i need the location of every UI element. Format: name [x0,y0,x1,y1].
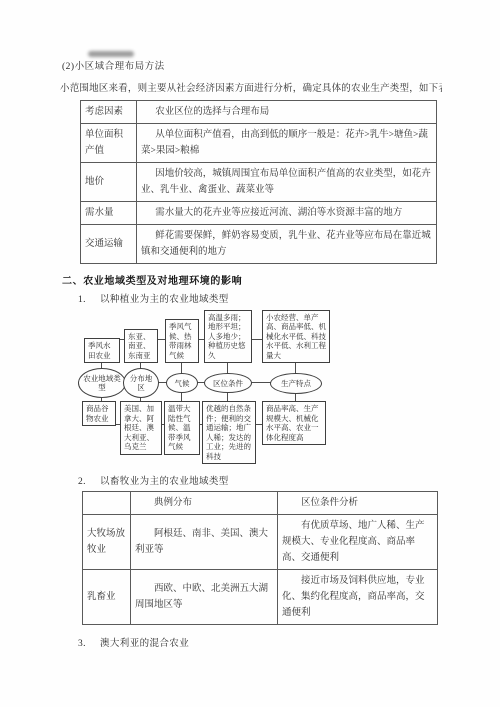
row-distribution-cell: 西欧、中欧、北美洲五大湖周围地区等 [131,570,278,625]
header-cell [83,492,131,515]
row-label-cell: 乳畜业 [83,570,131,625]
factor-table: 考虑因素 农业区位的选择与合理布局 单位面积产值 从单位面积产值看，由高到低的顺… [80,100,437,264]
row-label-cell: 需水量 [81,202,137,225]
table-row: 大牧场放牧业 阿根廷、南非、美国、澳大利亚等 有优质草场、地广人稀、生产规模大、… [83,515,438,570]
row-label-cell: 单位面积产值 [81,124,137,163]
item-label: 以畜牧业为主的农业地域类型 [100,477,229,487]
row-distribution-cell: 阿根廷、南非、美国、澳大利亚等 [131,515,278,570]
row-content-cell: 农业区位的选择与合理布局 [137,101,437,124]
header-cell: 典例分布 [131,492,278,515]
row-content-cell: 从单位面积产值看，由高到低的顺序一般是：花卉>乳牛>塘鱼>蔬菜>果园>粮棉 [137,124,437,163]
livestock-table: 典例分布 区位条件分析 大牧场放牧业 阿根廷、南非、美国、澳大利亚等 有优质草场… [82,491,438,625]
item-number: 3. [78,639,100,649]
document-page: (2)小区域合理布局方法 小范围地区来看，则主要从社会经济因素方面进行分析，确定… [0,0,500,707]
planting-types-diagram: 季风水田农业 东亚、南亚、东南亚 季风气候、热带雨林气候 高温多雨；地形平坦；人… [60,305,442,469]
row-label-cell: 考虑因素 [81,101,137,124]
row-content-cell: 因地价较高，城镇周围宜布局单位面积产值高的农业类型，如花卉业、乳牛业、禽蛋业、蔬… [137,163,437,202]
header-cell: 区位条件分析 [278,492,438,515]
table-row: 单位面积产值 从单位面积产值看，由高到低的顺序一般是：花卉>乳牛>塘鱼>蔬菜>果… [81,124,437,163]
diagram-top-box: 季风水田农业 [84,338,120,363]
table-row: 考虑因素 农业区位的选择与合理布局 [81,101,437,124]
diagram-bottom-box: 温带大陆性气候、温带季风气候 [164,401,200,455]
diagram-top-box: 小农经营、单产高、商品率低、机械化水平低、科技水平低、水利工程量大 [262,310,330,364]
diagram-bottom-box: 商品谷物农业 [82,401,116,426]
diagram-top-box: 东亚、南亚、东南亚 [124,329,158,364]
row-analysis-cell: 接近市场及饲料供应地，专业化、集约化程度高，商品率高，交通便利 [278,570,438,625]
table-row: 地价 因地价较高，城镇周围宜布局单位面积产值高的农业类型，如花卉业、乳牛业、禽蛋… [81,163,437,202]
table-row: 乳畜业 西欧、中欧、北美洲五大湖周围地区等 接近市场及饲料供应地，专业化、集约化… [83,570,438,625]
diagram-attr-oval: 农业地域类型 [78,368,126,398]
item-number: 1. [78,295,100,305]
subsection-heading: (2)小区域合理布局方法 [62,58,442,72]
item-number: 2. [78,477,100,487]
numbered-item-3: 3.澳大利亚的混合农业 [60,635,442,649]
intro-paragraph: 小范围地区来看，则主要从社会经济因素方面进行分析，确定具体的农业生产类型，如下表… [60,80,442,94]
row-label-cell: 交通运输 [81,225,137,264]
document-content: (2)小区域合理布局方法 小范围地区来看，则主要从社会经济因素方面进行分析，确定… [60,0,442,649]
diagram-bottom-box: 美国、加拿大、阿根廷、澳大利亚、乌克兰 [120,401,162,455]
row-analysis-cell: 有优质草场、地广人稀、生产规模大、专业化程度高、商品率高、交通便利 [278,515,438,570]
row-label-cell: 地价 [81,163,137,202]
main-section-heading: 二、农业地域类型及对地理环境的影响 [62,272,442,287]
numbered-item-2: 2.以畜牧业为主的农业地域类型 [60,473,442,487]
numbered-item-1: 1.以种植业为主的农业地域类型 [60,291,442,305]
header-row: 典例分布 区位条件分析 [83,492,438,515]
diagram-top-box: 季风气候、热带雨林气候 [165,319,199,363]
diagram-attr-oval: 生产特点 [270,373,322,394]
diagram-bottom-box: 商品率高、生产规模大、机械化水平高、农业一体化程度高 [262,401,326,445]
row-label-cell: 大牧场放牧业 [83,515,131,570]
table-row: 交通运输 鲜花需要保鲜，鲜奶容易变质，乳牛业、花卉业等应布局在靠近城镇和交通便利… [81,225,437,264]
diagram-attr-oval: 区位条件 [204,373,252,393]
item-label: 澳大利亚的混合农业 [100,639,189,649]
diagram-attr-oval: 分布地区 [123,368,159,398]
item-label: 以种植业为主的农业地域类型 [100,295,229,305]
diagram-bottom-box: 优越的自然条件；便利的交通运输；地广人稀；发达的工业；先进的科技 [202,401,256,464]
table-row: 需水量 需水量大的花卉业等应接近河流、湖泊等水资源丰富的地方 [81,202,437,225]
diagram-top-box: 高温多雨；地形平坦；人多地少；种植历史悠久 [204,310,252,364]
diagram-attr-oval: 气候 [166,373,198,393]
row-content-cell: 鲜花需要保鲜，鲜奶容易变质，乳牛业、花卉业等应布局在靠近城镇和交通便利的地方 [137,225,437,264]
row-content-cell: 需水量大的花卉业等应接近河流、湖泊等水资源丰富的地方 [137,202,437,225]
